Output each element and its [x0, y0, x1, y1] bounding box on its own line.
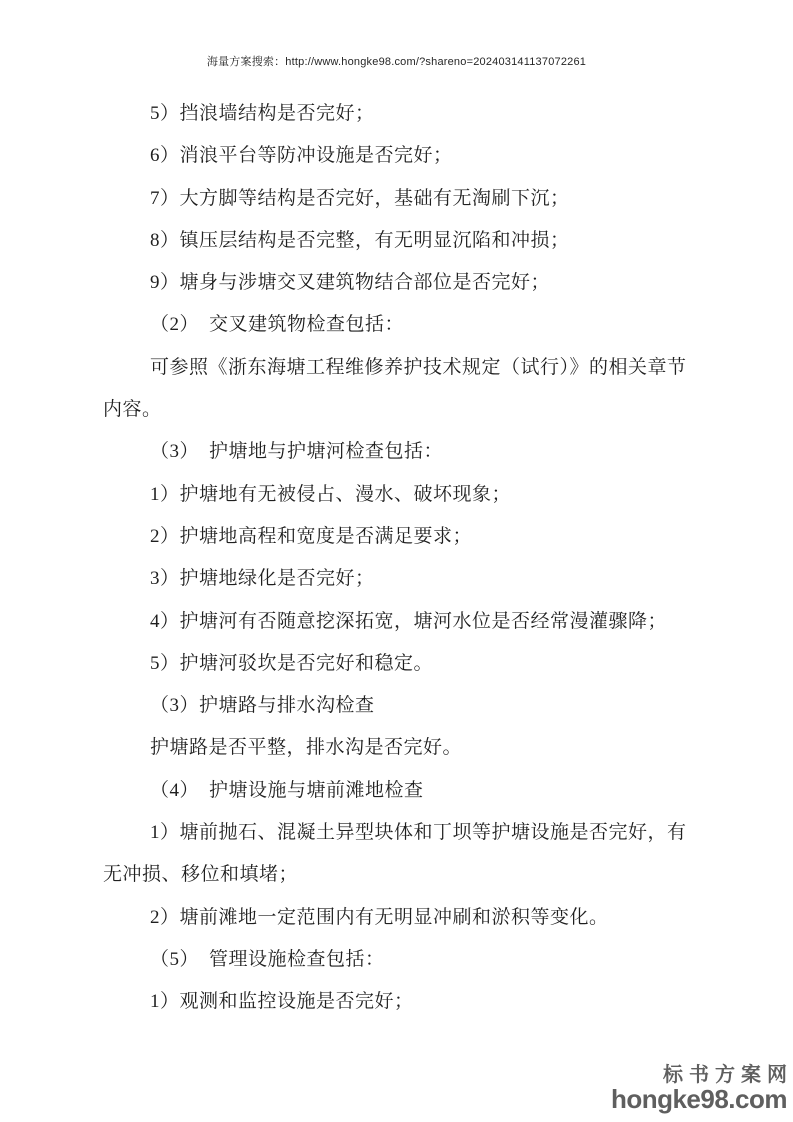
doc-line: 1）护塘地有无被侵占、漫水、破坏现象；: [103, 474, 703, 516]
header-source-line: 海量方案搜索：http://www.hongke98.com/?shareno=…: [0, 55, 793, 70]
doc-line: 可参照《浙东海塘工程维修养护技术规定（试行）》的相关章节: [103, 347, 703, 389]
doc-line: 3）护塘地绿化是否完好；: [103, 558, 703, 600]
doc-line: 护塘路是否平整，排水沟是否完好。: [103, 727, 703, 769]
doc-line: （4） 护塘设施与塘前滩地检查: [103, 770, 703, 812]
watermark-site-text: hongke98.com: [611, 1086, 787, 1112]
document-page: 海量方案搜索：http://www.hongke98.com/?shareno=…: [0, 0, 793, 1122]
doc-line: 5）挡浪墙结构是否完好；: [103, 93, 703, 135]
doc-line: 9）塘身与涉塘交叉建筑物结合部位是否完好；: [103, 262, 703, 304]
doc-line: 5）护塘河驳坎是否完好和稳定。: [103, 643, 703, 685]
doc-line: （3） 护塘地与护塘河检查包括：: [103, 431, 703, 473]
watermark: 标书方案网 hongke98.com: [611, 1065, 787, 1112]
doc-line: 2）护塘地高程和宽度是否满足要求；: [103, 516, 703, 558]
doc-line: 4）护塘河有否随意挖深拓宽，塘河水位是否经常漫灌骤降；: [103, 601, 703, 643]
doc-line: 1）观测和监控设施是否完好；: [103, 981, 703, 1023]
doc-line: 2）塘前滩地一定范围内有无明显冲刷和淤积等变化。: [103, 897, 703, 939]
doc-line: 无冲损、移位和填堵；: [103, 854, 703, 896]
doc-line: （3）护塘路与排水沟检查: [103, 685, 703, 727]
doc-line: 8）镇压层结构是否完整，有无明显沉陷和冲损；: [103, 220, 703, 262]
watermark-logo-text: 标书方案网: [611, 1065, 793, 1086]
doc-line: （5） 管理设施检查包括：: [103, 939, 703, 981]
doc-line: 7）大方脚等结构是否完好，基础有无淘刷下沉；: [103, 178, 703, 220]
doc-line: 1）塘前抛石、混凝土异型块体和丁坝等护塘设施是否完好，有: [103, 812, 703, 854]
document-body: 5）挡浪墙结构是否完好； 6）消浪平台等防冲设施是否完好； 7）大方脚等结构是否…: [103, 93, 703, 1024]
doc-line: 内容。: [103, 389, 703, 431]
doc-line: 6）消浪平台等防冲设施是否完好；: [103, 135, 703, 177]
doc-line: （2） 交叉建筑物检查包括：: [103, 304, 703, 346]
